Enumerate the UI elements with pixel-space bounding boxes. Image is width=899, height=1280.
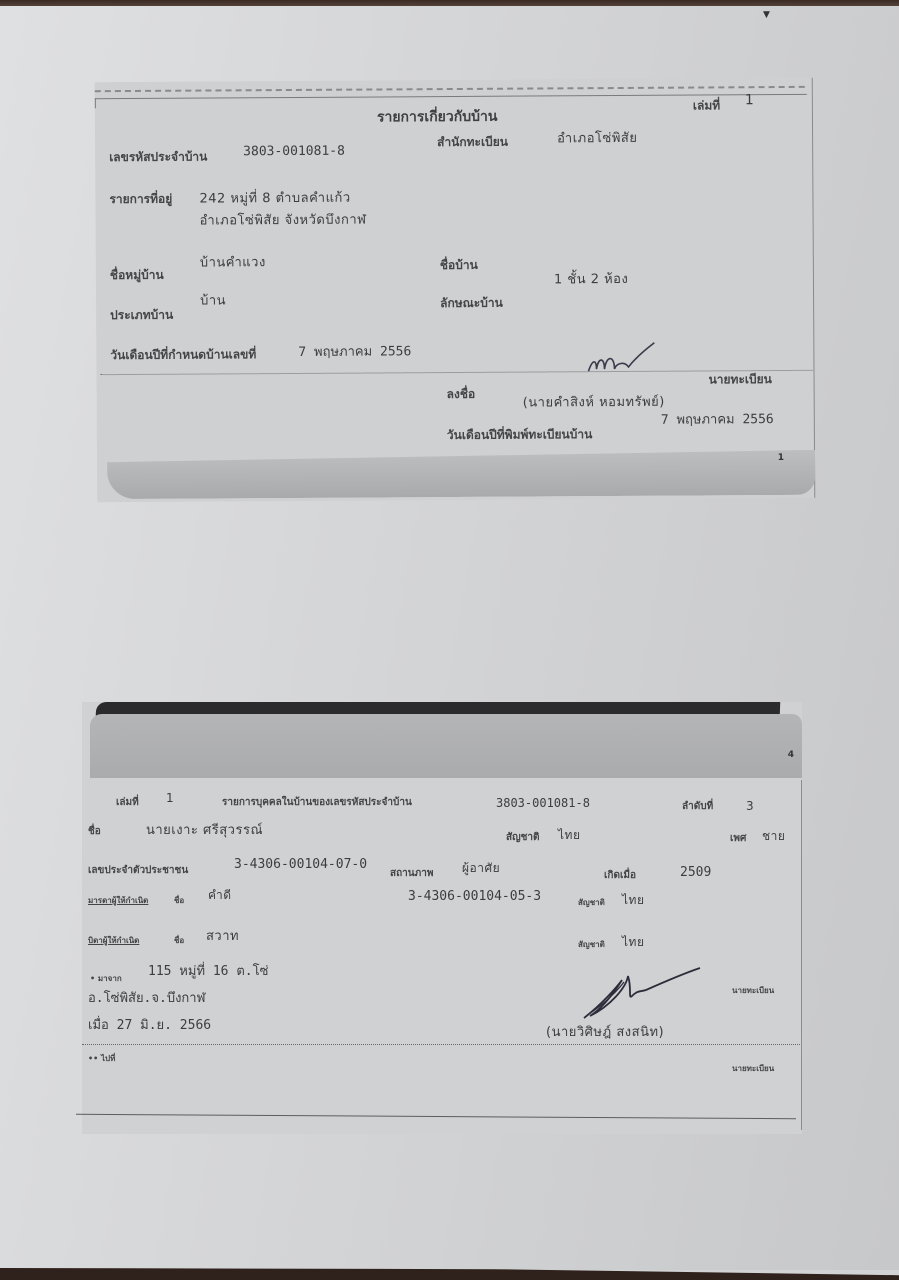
volume-label: เล่มที่	[693, 96, 720, 115]
dotted-divider	[82, 1044, 800, 1045]
registrar-name: (นายคำสิงห์ หอมทรัพย์)	[523, 391, 665, 413]
house-code-value: 3803-001081-8	[496, 796, 590, 810]
registrar-name: (นายวิศิษฎ์ สงสนิท)	[546, 1021, 664, 1042]
address-label: รายการที่อยู่	[109, 190, 172, 209]
house-type-label: ประเภทบ้าน	[110, 306, 173, 325]
perforation-line	[95, 86, 805, 92]
moved-from-line2: อ.โซ่พิสัย.จ.บึงกาฬ	[88, 987, 206, 1008]
house-type-value: บ้าน	[200, 289, 226, 310]
mother-nationality-value: ไทย	[622, 891, 644, 910]
father-label: บิดาผู้ให้กำเนิด	[88, 934, 139, 947]
divider	[95, 98, 96, 108]
page-number: 4	[788, 750, 794, 760]
card-bottom-rule	[76, 1114, 796, 1119]
number-assigned-label: วันเดือนปีที่กำหนดบ้านเลขที่	[110, 345, 256, 365]
nationality-value: ไทย	[558, 826, 580, 845]
person-record-card: 4 เล่มที่ 1 รายการบุคคลในบ้านของเลขรหัสป…	[82, 702, 802, 1134]
mother-nationality-label: สัญชาติ	[578, 896, 605, 909]
volume-label: เล่มที่	[116, 795, 139, 810]
mother-id-value: 3-4306-00104-05-3	[408, 889, 541, 904]
address-line2: อำเภอโซ่พิสัย จังหวัดบึงกาฬ	[200, 209, 367, 231]
father-name-label: ชื่อ	[174, 934, 184, 947]
volume-value: 1	[745, 92, 755, 108]
house-code-label: เลขรหัสประจำบ้าน	[109, 148, 207, 168]
born-value: 2509	[680, 865, 711, 880]
print-mark: ▼	[763, 10, 770, 20]
mother-label: มารดาผู้ให้กำเนิด	[88, 894, 148, 907]
village-name-value: บ้านคำแวง	[200, 251, 266, 272]
card-header-band	[90, 714, 802, 778]
divider	[801, 780, 802, 1130]
moved-from-line1: 115 หมู่ที่ 16 ต.โซ่	[148, 960, 268, 981]
registrar-title-1: นายทะเบียน	[732, 984, 774, 997]
house-name-label: ชื่อบ้าน	[440, 256, 478, 275]
nationality-label: สัญชาติ	[506, 830, 540, 845]
moved-to-label: •• ไปที่	[88, 1052, 115, 1065]
sign-label: ลงชื่อ	[447, 385, 476, 404]
moved-from-label: • มาจาก	[90, 972, 122, 985]
status-label: สถานภาพ	[390, 866, 433, 881]
person-record-title: รายการบุคคลในบ้านของเลขรหัสประจำบ้าน	[222, 795, 412, 810]
house-code-value: 3803-001081-8	[243, 144, 345, 160]
house-record-title: รายการเกี่ยวกับบ้าน	[377, 106, 498, 129]
father-nationality-label: สัญชาติ	[578, 938, 605, 951]
father-name-value: สวาท	[206, 925, 239, 946]
registrar-signature	[582, 966, 702, 1022]
page-number: 1	[778, 453, 784, 463]
house-record-card: รายการเกี่ยวกับบ้าน เล่มที่ 1 เลขรหัสประ…	[95, 78, 816, 502]
village-name-label: ชื่อหมู่บ้าน	[110, 266, 164, 285]
moved-from-date: เมื่อ 27 มิ.ย. 2566	[88, 1014, 211, 1035]
id-value: 3-4306-00104-07-0	[234, 857, 367, 872]
registrar-title-2: นายทะเบียน	[732, 1062, 774, 1075]
id-label: เลขประจำตัวประชาชน	[88, 863, 188, 878]
status-value: ผู้อาศัย	[462, 859, 500, 878]
mother-name-value: คำดี	[208, 886, 232, 905]
house-style-value: 1 ชั้น 2 ห้อง	[554, 268, 629, 289]
house-style-label: ลักษณะบ้าน	[440, 294, 503, 313]
mother-name-label: ชื่อ	[174, 894, 184, 907]
name-value: นายเงาะ ศรีสุวรรณ์	[146, 819, 263, 840]
registry-office-label: สำนักทะเบียน	[437, 133, 508, 152]
order-label: ลำดับที่	[682, 799, 713, 814]
print-date-value: 7 พฤษภาคม 2556	[661, 408, 774, 430]
print-date-label: วันเดือนปีที่พิมพ์ทะเบียนบ้าน	[447, 425, 592, 445]
father-nationality-value: ไทย	[622, 933, 644, 952]
registrar-title: นายทะเบียน	[708, 370, 771, 389]
number-assigned-value: 7 พฤษภาคม 2556	[298, 340, 411, 362]
order-value: 3	[746, 799, 754, 813]
registrar-signature	[584, 341, 664, 381]
registry-office-value: อำเภอโซ่พิสัย	[557, 127, 637, 148]
sex-value: ชาย	[762, 827, 785, 846]
sex-label: เพศ	[730, 831, 746, 846]
volume-value: 1	[166, 791, 174, 805]
dotted-divider	[101, 370, 813, 375]
born-label: เกิดเมื่อ	[604, 868, 636, 883]
address-line1: 242 หมู่ที่ 8 ตำบลคำแก้ว	[199, 187, 350, 209]
card-footer-band	[107, 450, 815, 499]
name-label: ชื่อ	[88, 824, 101, 839]
